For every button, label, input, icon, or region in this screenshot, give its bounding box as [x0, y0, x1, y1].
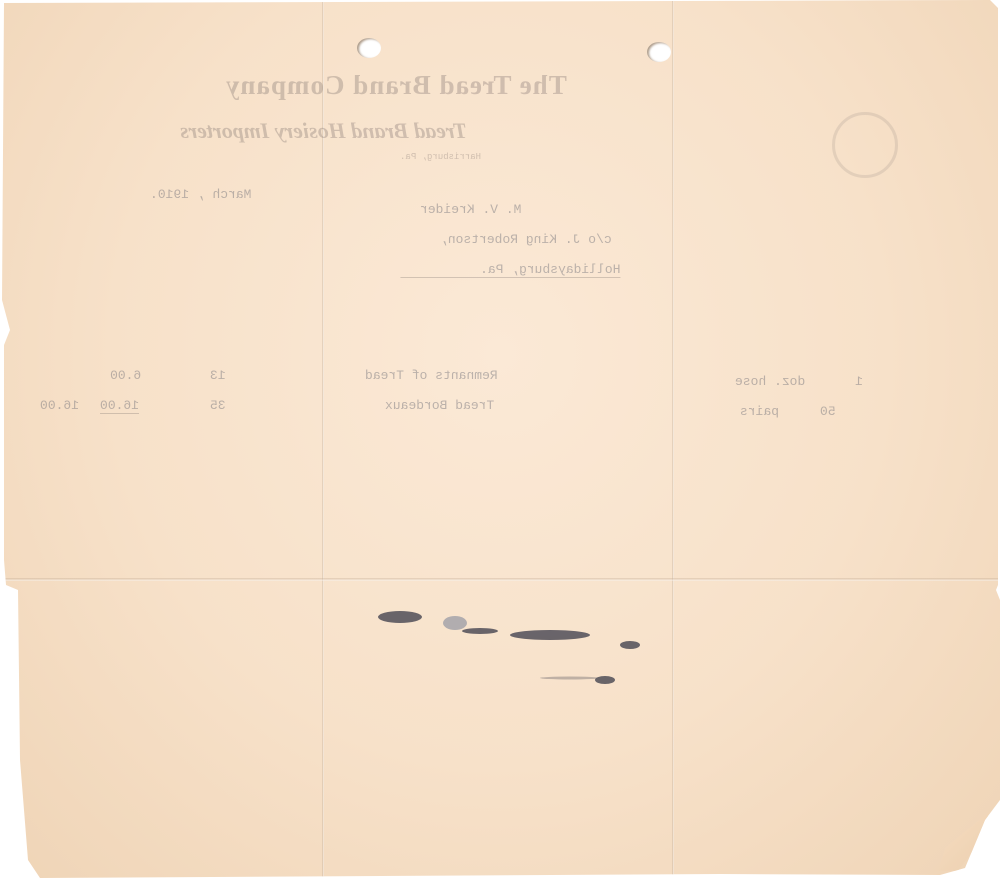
paper-sheet: The Tread Brand Company Tread Brand Hosi…: [0, 0, 1000, 885]
item-1-amount: 6.00: [110, 368, 141, 383]
folded-corner: [938, 813, 988, 871]
addressee-line-1: M. V. Kreider: [420, 202, 521, 217]
item-1-qty: 1: [855, 374, 863, 389]
punch-hole-right: [647, 42, 671, 62]
item-1-unit: doz. hose: [735, 374, 805, 389]
letterhead-company: The Tread Brand Company: [225, 70, 567, 101]
item-2-description: Tread Bordeaux: [385, 398, 494, 413]
item-2-amount: 16.00: [100, 398, 139, 414]
date-line: March , 1910.: [150, 187, 251, 202]
letterhead-address: Harrisburg, Pa.: [400, 152, 481, 162]
addressee-line-2: c/o J. King Robertson,: [440, 232, 612, 247]
addressee-line-3: Hollidaysburg, Pa.: [400, 262, 620, 278]
fold-line-horizontal: [0, 578, 1000, 581]
item-1-description: Remnants of Tread: [365, 368, 498, 383]
punch-hole-left: [357, 38, 381, 58]
item-2-qty: 50: [820, 404, 836, 419]
ink-smudge-stamp: [360, 595, 660, 695]
item-2-total: 16.00: [40, 398, 79, 413]
faint-seal-icon: [832, 112, 898, 178]
item-2-rate: 35: [210, 398, 226, 413]
item-1-rate: 13: [210, 368, 226, 383]
item-2-unit: pairs: [740, 404, 779, 419]
letterhead-brand: Tread Brand Hosiery Importers: [180, 118, 467, 144]
fold-line-right: [672, 0, 674, 885]
